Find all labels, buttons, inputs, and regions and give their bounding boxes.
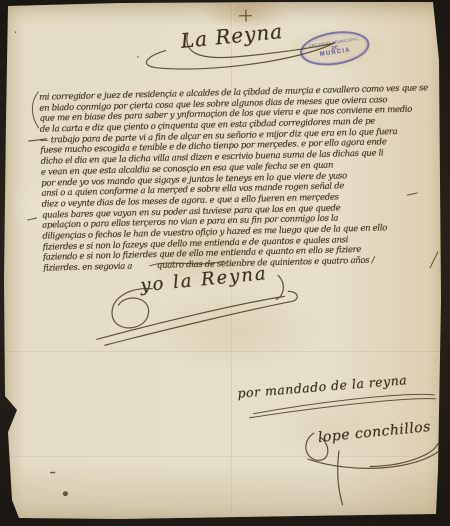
heading-la-reyna: La Reyna xyxy=(180,19,284,53)
signature-lope-conchillos: lope conchillos xyxy=(317,419,431,446)
archive-stamp: ARCHIVO MUNICIPAL DE MURCIA xyxy=(298,27,372,70)
secretary-tail xyxy=(370,444,438,467)
royal-rubric-stroke-1 xyxy=(96,296,284,339)
ink-speck xyxy=(15,31,17,33)
ink-speck xyxy=(137,56,139,58)
ink-blot xyxy=(63,491,68,496)
secretary-descender xyxy=(338,451,343,505)
royal-rubric-hook xyxy=(276,275,283,299)
manuscript-page: La Reyna ARCHIVO MUNICIPAL DE MURCIA mi … xyxy=(0,0,450,526)
cross-mark-icon xyxy=(239,10,251,21)
royal-rubric-stroke-2 xyxy=(104,291,297,345)
scan-background: La Reyna ARCHIVO MUNICIPAL DE MURCIA mi … xyxy=(0,0,450,526)
margin-bracket xyxy=(32,92,38,128)
secretary-underline xyxy=(308,450,441,469)
stamp-line-3: MURCIA xyxy=(320,47,352,59)
signature-por-mandado: por mandado de la reyna xyxy=(237,372,408,401)
manuscript-content: La Reyna ARCHIVO MUNICIPAL DE MURCIA mi … xyxy=(0,0,450,526)
ink-dash xyxy=(50,472,55,474)
by-order-underline xyxy=(249,394,435,417)
manuscript-body: mi corregidor e juez de residençia e alc… xyxy=(39,83,440,274)
